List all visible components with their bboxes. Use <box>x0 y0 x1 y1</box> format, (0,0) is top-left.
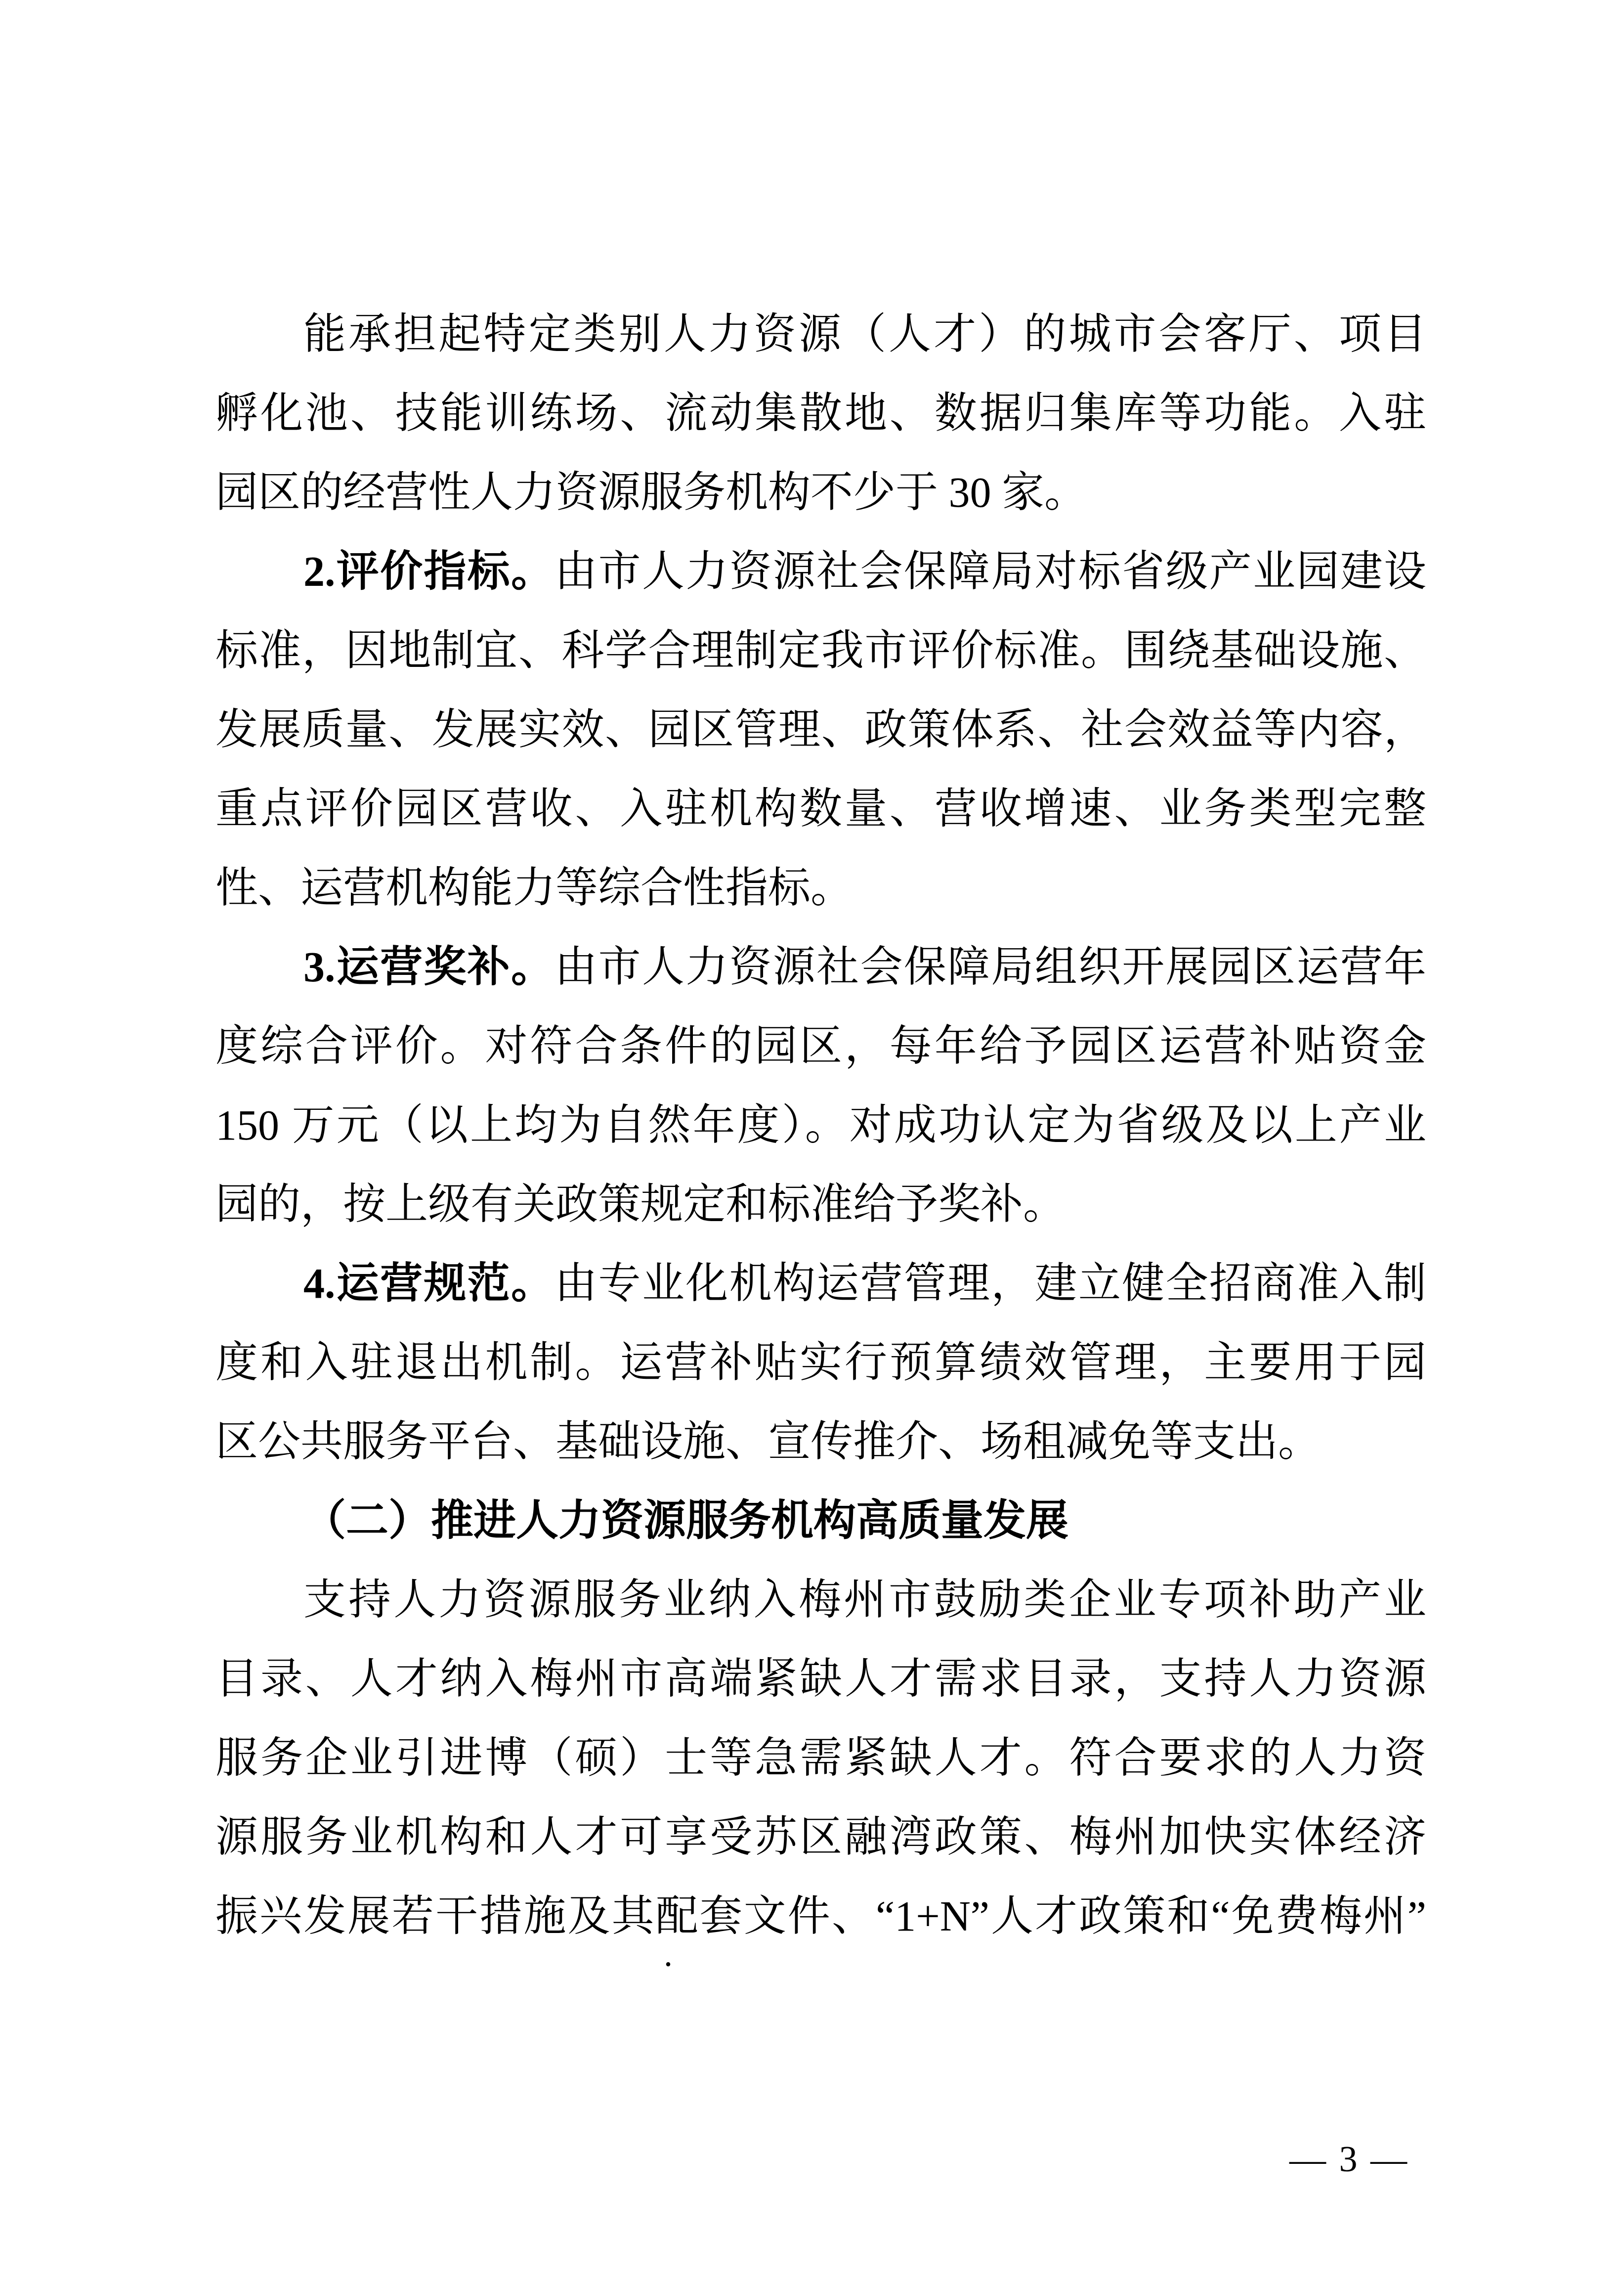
body-line-text: 由市人力资源社会保障局对标省级产业园建设 <box>555 548 1426 595</box>
body-line-text: 孵化池、技能训练场、流动集散地、数据归集库等功能。入驻 <box>215 390 1426 437</box>
body-line: 振兴发展若干措施及其配套文件、“1+N”人才政策和“免费梅州” <box>215 1877 1426 1956</box>
body-line: 支持人力资源服务业纳入梅州市鼓励类企业专项补助产业 <box>215 1560 1426 1639</box>
document-body: 能承担起特定类别人力资源（人才）的城市会客厅、项目 孵化池、技能训练场、流动集散… <box>215 295 1426 1956</box>
body-line-text: 由专业化机构运营管理，建立健全招商准入制 <box>555 1260 1426 1307</box>
body-line: 标准，因地制宜、科学合理制定我市评价标准。围绕基础设施、 <box>215 611 1426 690</box>
body-line-text: 源服务业机构和人才可享受苏区融湾政策、梅州加快实体经济 <box>215 1813 1426 1861</box>
body-line: 度和入驻退出机制。运营补贴实行预算绩效管理，主要用于园 <box>215 1323 1426 1402</box>
body-line-text: 由市人力资源社会保障局组织开展园区运营年 <box>555 943 1426 991</box>
body-line-text: 150 万元（以上均为自然年度）。对成功认定为省级及以上产业 <box>215 1101 1426 1149</box>
body-line-numbered-heading-3: 3.运营奖补。由市人力资源社会保障局组织开展园区运营年 <box>215 927 1426 1007</box>
body-line-text: 区公共服务平台、基础设施、宣传推介、场租减免等支出。 <box>215 1418 1321 1465</box>
body-line-text: 性、运营机构能力等综合性指标。 <box>215 864 853 912</box>
body-line: 园区的经营性人力资源服务机构不少于 30 家。 <box>215 453 1426 532</box>
body-line: 性、运营机构能力等综合性指标。 <box>215 848 1426 927</box>
body-line: 区公共服务平台、基础设施、宣传推介、场租减免等支出。 <box>215 1402 1426 1481</box>
body-line-text: 度综合评价。对符合条件的园区，每年给予园区运营补贴资金 <box>215 1022 1426 1070</box>
body-line-text: 发展质量、发展实效、园区管理、政策体系、社会效益等内容， <box>215 706 1426 753</box>
body-line-text: 支持人力资源服务业纳入梅州市鼓励类企业专项补助产业 <box>303 1576 1426 1624</box>
body-line-text: 标准，因地制宜、科学合理制定我市评价标准。围绕基础设施、 <box>215 627 1426 674</box>
page-number: — 3 — <box>1270 2135 1428 2184</box>
body-line-numbered-heading-2: 2.评价指标。由市人力资源社会保障局对标省级产业园建设 <box>215 532 1426 611</box>
body-line-text: 能承担起特定类别人力资源（人才）的城市会客厅、项目 <box>303 310 1426 358</box>
stray-ink-dot: . <box>653 1927 683 1981</box>
body-line: 度综合评价。对符合条件的园区，每年给予园区运营补贴资金 <box>215 1007 1426 1086</box>
body-line: 能承担起特定类别人力资源（人才）的城市会客厅、项目 <box>215 295 1426 374</box>
section-heading: （二）推进人力资源服务机构高质量发展 <box>215 1481 1426 1560</box>
run-in-heading: 3.运营奖补。 <box>303 943 555 991</box>
body-line: 服务企业引进博（硕）士等急需紧缺人才。符合要求的人力资 <box>215 1718 1426 1798</box>
body-line-text: 振兴发展若干措施及其配套文件、“1+N”人才政策和“免费梅州” <box>215 1892 1426 1940</box>
body-line: 重点评价园区营收、入驻机构数量、营收增速、业务类型完整 <box>215 769 1426 848</box>
body-line: 目录、人才纳入梅州市高端紧缺人才需求目录，支持人力资源 <box>215 1639 1426 1718</box>
body-line: 孵化池、技能训练场、流动集散地、数据归集库等功能。入驻 <box>215 374 1426 453</box>
body-line-numbered-heading-4: 4.运营规范。由专业化机构运营管理，建立健全招商准入制 <box>215 1244 1426 1323</box>
body-line-text: 目录、人才纳入梅州市高端紧缺人才需求目录，支持人力资源 <box>215 1655 1426 1703</box>
body-line-text: 度和入驻退出机制。运营补贴实行预算绩效管理，主要用于园 <box>215 1339 1426 1386</box>
body-line-text: 服务企业引进博（硕）士等急需紧缺人才。符合要求的人力资 <box>215 1734 1426 1782</box>
section-heading-text: （二）推进人力资源服务机构高质量发展 <box>303 1497 1068 1544</box>
body-line-text: 园的，按上级有关政策规定和标准给予奖补。 <box>215 1181 1066 1228</box>
run-in-heading: 4.运营规范。 <box>303 1260 555 1307</box>
body-line-text: 重点评价园区营收、入驻机构数量、营收增速、业务类型完整 <box>215 785 1426 833</box>
run-in-heading: 2.评价指标。 <box>303 548 555 595</box>
document-page: { "page": { "background_color": "#ffffff… <box>0 0 1624 2283</box>
body-line: 源服务业机构和人才可享受苏区融湾政策、梅州加快实体经济 <box>215 1798 1426 1877</box>
body-line-text: 园区的经营性人力资源服务机构不少于 30 家。 <box>215 469 1087 516</box>
body-line: 发展质量、发展实效、园区管理、政策体系、社会效益等内容， <box>215 690 1426 769</box>
body-line: 园的，按上级有关政策规定和标准给予奖补。 <box>215 1165 1426 1244</box>
body-line: 150 万元（以上均为自然年度）。对成功认定为省级及以上产业 <box>215 1086 1426 1165</box>
